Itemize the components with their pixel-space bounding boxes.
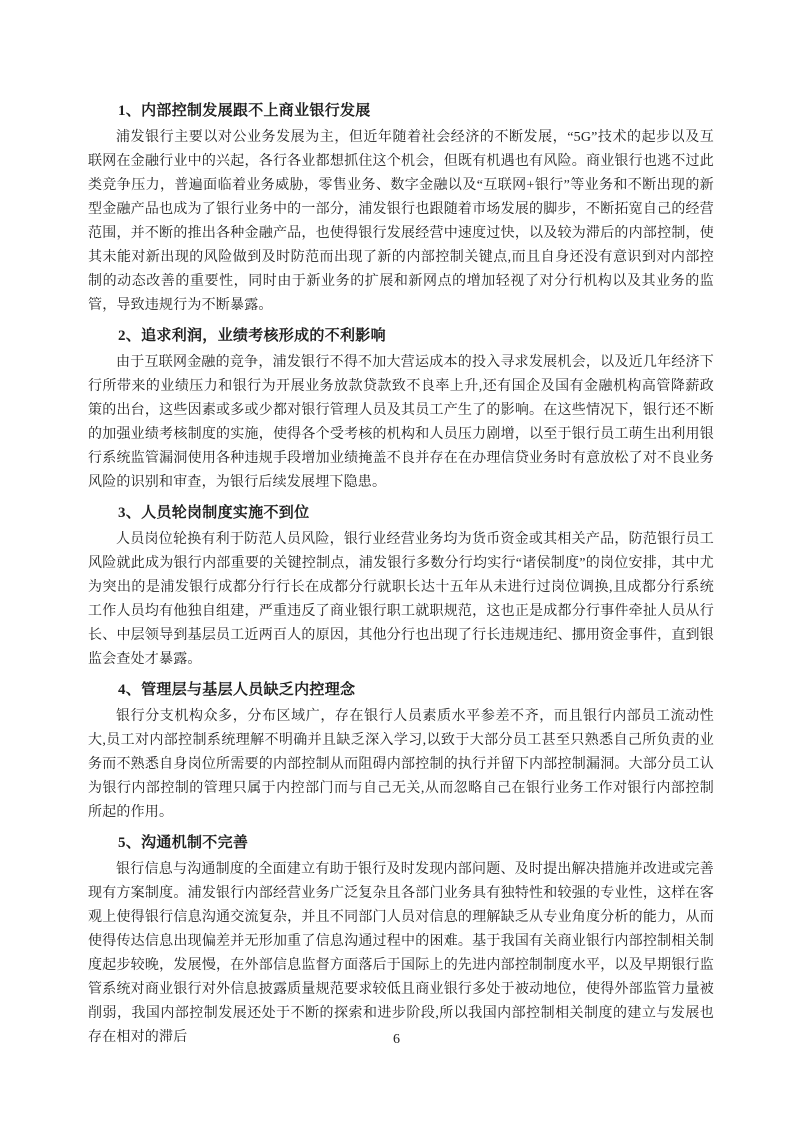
section-1: 1、内部控制发展跟不上商业银行发展 浦发银行主要以对公业务发展为主，但近年随着社… xyxy=(88,99,714,318)
section-4-paragraph: 银行分支机构众多，分布区域广，存在银行人员素质水平参差不齐，而且银行内部员工流动… xyxy=(88,705,714,825)
section-2: 2、追求利润，业绩考核形成的不利影响 由于互联网金融的竞争，浦发银行不得不加大营… xyxy=(88,324,714,495)
section-3: 3、人员轮岗制度实施不到位 人员岗位轮换有利于防范人员风险，银行业经营业务均为货… xyxy=(88,501,714,672)
section-1-paragraph: 浦发银行主要以对公业务发展为主，但近年随着社会经济的不断发展，“5G”技术的起步… xyxy=(88,126,714,318)
section-2-heading: 2、追求利润，业绩考核形成的不利影响 xyxy=(88,324,714,348)
section-4-heading: 4、管理层与基层人员缺乏内控理念 xyxy=(88,678,714,702)
section-5-paragraph: 银行信息与沟通制度的全面建立有助于银行及时发现内部问题、及时提出解决措施并改进或… xyxy=(88,858,714,1050)
section-4: 4、管理层与基层人员缺乏内控理念 银行分支机构众多，分布区域广，存在银行人员素质… xyxy=(88,678,714,825)
section-1-heading: 1、内部控制发展跟不上商业银行发展 xyxy=(88,99,714,123)
page-number: 6 xyxy=(0,1030,793,1050)
section-3-heading: 3、人员轮岗制度实施不到位 xyxy=(88,501,714,525)
section-3-paragraph: 人员岗位轮换有利于防范人员风险，银行业经营业务均为货币资金或其相关产品，防范银行… xyxy=(88,528,714,672)
document-content: 1、内部控制发展跟不上商业银行发展 浦发银行主要以对公业务发展为主，但近年随着社… xyxy=(88,99,714,1050)
document-page: 1、内部控制发展跟不上商业银行发展 浦发银行主要以对公业务发展为主，但近年随着社… xyxy=(0,0,793,1122)
section-5-heading: 5、沟通机制不完善 xyxy=(88,831,714,855)
section-2-paragraph: 由于互联网金融的竞争，浦发银行不得不加大营运成本的投入寻求发展机会，以及近几年经… xyxy=(88,351,714,495)
section-5: 5、沟通机制不完善 银行信息与沟通制度的全面建立有助于银行及时发现内部问题、及时… xyxy=(88,831,714,1050)
